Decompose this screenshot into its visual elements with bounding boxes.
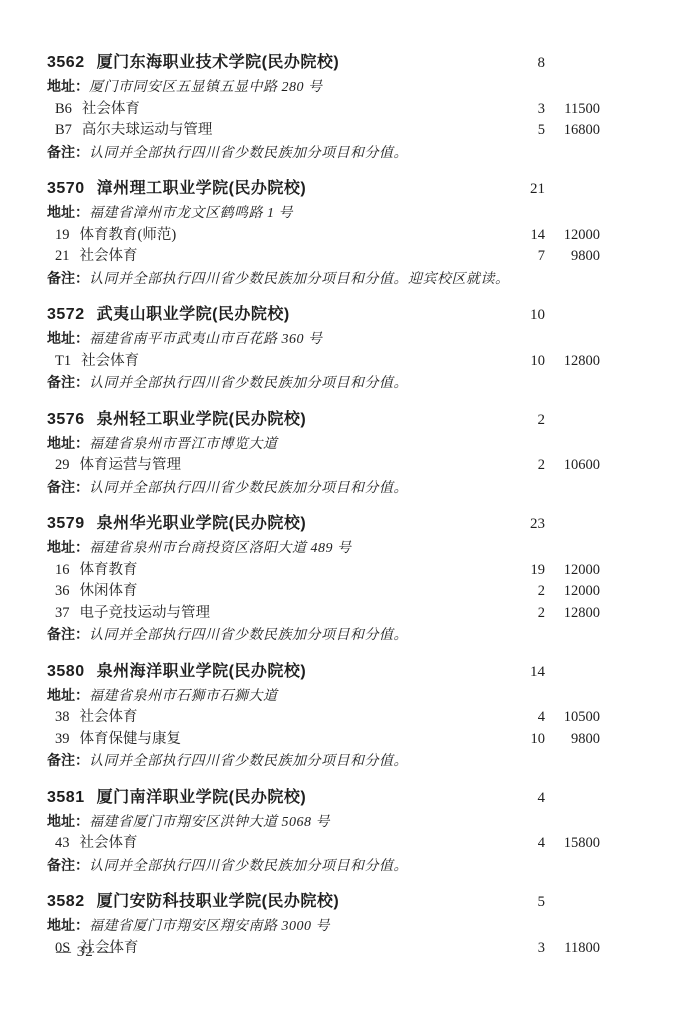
college-name: 武夷山职业学院(民办院校)	[97, 306, 290, 323]
address: 地址：福建省泉州市石狮市石狮大道	[47, 685, 600, 708]
major-fee: 11500	[545, 99, 600, 121]
major-plan-count: 2	[483, 603, 545, 625]
remark-row: 备注：认同并全部执行四川省少数民族加分项目和分值。	[47, 372, 600, 395]
remark-row: 备注：认同并全部执行四川省少数民族加分项目和分值。迎宾校区就读。	[47, 268, 600, 291]
college-title: 3572武夷山职业学院(民办院校)	[47, 302, 483, 327]
address-label: 地址：	[47, 330, 89, 346]
document-page: 3562厦门东海职业技术学院(民办院校) 8 地址：厦门市同安区五显镇五显中路 …	[0, 0, 690, 1012]
remark-row: 备注：认同并全部执行四川省少数民族加分项目和分值。	[47, 142, 600, 165]
major-name: 电子竞技运动与管理	[80, 605, 211, 621]
college-code: 3582	[47, 893, 85, 910]
college-title-row: 3580泉州海洋职业学院(民办院校) 14	[47, 659, 600, 685]
remark: 备注：认同并全部执行四川省少数民族加分项目和分值。	[47, 855, 600, 878]
major: 36休闲体育	[47, 581, 483, 603]
major-fee: 10500	[545, 707, 600, 729]
major-fee: 12000	[545, 581, 600, 603]
major-fee: 10600	[545, 455, 600, 477]
major-row: B6社会体育 3 11500	[47, 99, 600, 121]
remark-text: 认同并全部执行四川省少数民族加分项目和分值。	[89, 146, 408, 161]
college-title-row: 3582厦门安防科技职业学院(民办院校) 5	[47, 889, 600, 915]
remark: 备注：认同并全部执行四川省少数民族加分项目和分值。迎宾校区就读。	[47, 268, 600, 291]
college-title-row: 3579泉州华光职业学院(民办院校) 23	[47, 511, 600, 537]
remark-label: 备注：	[47, 626, 89, 642]
major: B6社会体育	[47, 99, 483, 121]
major-plan-count: 4	[483, 707, 545, 729]
major: 39体育保健与康复	[47, 729, 483, 751]
address-text: 福建省厦门市翔安区翔安南路 3000 号	[89, 919, 330, 934]
major: B7高尔夫球运动与管理	[47, 120, 483, 142]
remark-text: 认同并全部执行四川省少数民族加分项目和分值。	[89, 754, 408, 769]
college-name: 泉州华光职业学院(民办院校)	[97, 515, 307, 532]
remark-text: 认同并全部执行四川省少数民族加分项目和分值。	[89, 481, 408, 496]
major-name: 社会体育	[80, 835, 138, 851]
address-row: 地址：福建省泉州市晋江市博览大道	[47, 433, 600, 456]
major-code: 43	[55, 835, 70, 851]
remark-text: 认同并全部执行四川省少数民族加分项目和分值。	[89, 376, 408, 391]
college-total-plan: 23	[483, 512, 545, 537]
address-row: 地址：福建省厦门市翔安区洪钟大道 5068 号	[47, 811, 600, 834]
major-code: T1	[55, 353, 71, 369]
address-label: 地址：	[47, 539, 89, 555]
major: 37电子竞技运动与管理	[47, 603, 483, 625]
college-name: 漳州理工职业学院(民办院校)	[97, 180, 307, 197]
remark-text: 认同并全部执行四川省少数民族加分项目和分值。迎宾校区就读。	[89, 272, 510, 287]
major-plan-count: 3	[483, 99, 545, 121]
major-fee: 9800	[545, 729, 600, 751]
major-row: T1社会体育 10 12800	[47, 351, 600, 373]
college-total-plan: 4	[483, 786, 545, 811]
college-title: 3582厦门安防科技职业学院(民办院校)	[47, 889, 483, 914]
major-row: 36休闲体育 2 12000	[47, 581, 600, 603]
college-block: 3580泉州海洋职业学院(民办院校) 14 地址：福建省泉州市石狮市石狮大道 3…	[47, 659, 600, 773]
major-list: 43社会体育 4 15800	[47, 833, 600, 855]
major-list: 0S社会体育 3 11800	[47, 938, 600, 960]
major-list: 19体育教育(师范) 14 12000 21社会体育 7 9800	[47, 225, 600, 268]
major-list: B6社会体育 3 11500 B7高尔夫球运动与管理 5 16800	[47, 99, 600, 142]
remark: 备注：认同并全部执行四川省少数民族加分项目和分值。	[47, 142, 600, 165]
address-text: 福建省厦门市翔安区洪钟大道 5068 号	[89, 815, 330, 830]
college-block: 3582厦门安防科技职业学院(民办院校) 5 地址：福建省厦门市翔安区翔安南路 …	[47, 889, 600, 959]
remark: 备注：认同并全部执行四川省少数民族加分项目和分值。	[47, 624, 600, 647]
major-name: 社会体育	[82, 101, 140, 117]
major-plan-count: 2	[483, 581, 545, 603]
address: 地址：福建省厦门市翔安区翔安南路 3000 号	[47, 915, 600, 938]
address-text: 福建省泉州市台商投资区洛阳大道 489 号	[89, 541, 352, 556]
college-name: 厦门南洋职业学院(民办院校)	[97, 789, 307, 806]
major-name: 社会体育	[80, 248, 138, 264]
major-row: B7高尔夫球运动与管理 5 16800	[47, 120, 600, 142]
college-block: 3572武夷山职业学院(民办院校) 10 地址：福建省南平市武夷山市百花路 36…	[47, 302, 600, 395]
remark-row: 备注：认同并全部执行四川省少数民族加分项目和分值。	[47, 624, 600, 647]
page-number: — 32 —	[56, 944, 115, 961]
college-code: 3572	[47, 306, 85, 323]
remark-label: 备注：	[47, 752, 89, 768]
major-code: 29	[55, 457, 70, 473]
major-plan-count: 19	[483, 560, 545, 582]
major-fee: 12000	[545, 225, 600, 247]
address-text: 福建省泉州市晋江市博览大道	[89, 437, 278, 452]
major-list: 16体育教育 19 12000 36休闲体育 2 12000 37电子竞技运动与…	[47, 560, 600, 625]
major-row: 21社会体育 7 9800	[47, 246, 600, 268]
college-total-plan: 14	[483, 660, 545, 685]
college-block: 3576泉州轻工职业学院(民办院校) 2 地址：福建省泉州市晋江市博览大道 29…	[47, 407, 600, 500]
address-text: 福建省漳州市龙文区鹤鸣路 1 号	[89, 206, 293, 221]
college-total-plan: 21	[483, 177, 545, 202]
major-plan-count: 3	[483, 938, 545, 960]
major-code: 19	[55, 227, 70, 243]
college-title: 3562厦门东海职业技术学院(民办院校)	[47, 50, 483, 75]
college-code: 3570	[47, 180, 85, 197]
major-row: 29体育运营与管理 2 10600	[47, 455, 600, 477]
major-fee: 9800	[545, 246, 600, 268]
address-text: 福建省泉州市石狮市石狮大道	[89, 689, 278, 704]
major-fee: 15800	[545, 833, 600, 855]
address-row: 地址：福建省泉州市台商投资区洛阳大道 489 号	[47, 537, 600, 560]
address-row: 地址：福建省泉州市石狮市石狮大道	[47, 685, 600, 708]
address: 地址：福建省泉州市晋江市博览大道	[47, 433, 600, 456]
address-row: 地址：福建省南平市武夷山市百花路 360 号	[47, 328, 600, 351]
address-row: 地址：福建省漳州市龙文区鹤鸣路 1 号	[47, 202, 600, 225]
major: 29体育运营与管理	[47, 455, 483, 477]
major: 21社会体育	[47, 246, 483, 268]
major-plan-count: 7	[483, 246, 545, 268]
major-row: 19体育教育(师范) 14 12000	[47, 225, 600, 247]
address: 地址：福建省漳州市龙文区鹤鸣路 1 号	[47, 202, 600, 225]
address: 地址：福建省厦门市翔安区洪钟大道 5068 号	[47, 811, 600, 834]
remark-label: 备注：	[47, 479, 89, 495]
major-name: 体育教育	[80, 562, 138, 578]
major-fee: 11800	[545, 938, 600, 960]
major-name: 社会体育	[80, 709, 138, 725]
college-title: 3581厦门南洋职业学院(民办院校)	[47, 785, 483, 810]
college-total-plan: 8	[483, 51, 545, 76]
college-code: 3576	[47, 411, 85, 428]
remark-row: 备注：认同并全部执行四川省少数民族加分项目和分值。	[47, 855, 600, 878]
college-name: 厦门安防科技职业学院(民办院校)	[97, 893, 340, 910]
major: 16体育教育	[47, 560, 483, 582]
college-code: 3581	[47, 789, 85, 806]
college-title-row: 3576泉州轻工职业学院(民办院校) 2	[47, 407, 600, 433]
major-fee: 12800	[545, 603, 600, 625]
college-title-row: 3572武夷山职业学院(民办院校) 10	[47, 302, 600, 328]
major-code: 38	[55, 709, 70, 725]
remark: 备注：认同并全部执行四川省少数民族加分项目和分值。	[47, 477, 600, 500]
remark-text: 认同并全部执行四川省少数民族加分项目和分值。	[89, 628, 408, 643]
college-title: 3576泉州轻工职业学院(民办院校)	[47, 407, 483, 432]
major-plan-count: 2	[483, 455, 545, 477]
major-fee: 16800	[545, 120, 600, 142]
address-text: 福建省南平市武夷山市百花路 360 号	[89, 332, 323, 347]
major-row: 37电子竞技运动与管理 2 12800	[47, 603, 600, 625]
major-plan-count: 4	[483, 833, 545, 855]
college-code: 3580	[47, 663, 85, 680]
address-label: 地址：	[47, 204, 89, 220]
remark-label: 备注：	[47, 374, 89, 390]
major-plan-count: 10	[483, 729, 545, 751]
college-title: 3580泉州海洋职业学院(民办院校)	[47, 659, 483, 684]
address-label: 地址：	[47, 813, 89, 829]
college-block: 3581厦门南洋职业学院(民办院校) 4 地址：福建省厦门市翔安区洪钟大道 50…	[47, 785, 600, 878]
address: 地址：福建省南平市武夷山市百花路 360 号	[47, 328, 600, 351]
college-name: 泉州海洋职业学院(民办院校)	[97, 663, 307, 680]
major-list: 29体育运营与管理 2 10600	[47, 455, 600, 477]
remark-row: 备注：认同并全部执行四川省少数民族加分项目和分值。	[47, 750, 600, 773]
address-label: 地址：	[47, 687, 89, 703]
major-plan-count: 14	[483, 225, 545, 247]
remark-text: 认同并全部执行四川省少数民族加分项目和分值。	[89, 859, 408, 874]
major-name: 体育运营与管理	[80, 457, 182, 473]
college-total-plan: 10	[483, 303, 545, 328]
college-block: 3570漳州理工职业学院(民办院校) 21 地址：福建省漳州市龙文区鹤鸣路 1 …	[47, 176, 600, 290]
college-title-row: 3570漳州理工职业学院(民办院校) 21	[47, 176, 600, 202]
major: 19体育教育(师范)	[47, 225, 483, 247]
college-code: 3562	[47, 54, 85, 71]
college-block: 3562厦门东海职业技术学院(民办院校) 8 地址：厦门市同安区五显镇五显中路 …	[47, 50, 600, 164]
major-name: 休闲体育	[80, 583, 138, 599]
major-code: 36	[55, 583, 70, 599]
remark: 备注：认同并全部执行四川省少数民族加分项目和分值。	[47, 750, 600, 773]
college-block: 3579泉州华光职业学院(民办院校) 23 地址：福建省泉州市台商投资区洛阳大道…	[47, 511, 600, 647]
major-plan-count: 10	[483, 351, 545, 373]
college-list: 3562厦门东海职业技术学院(民办院校) 8 地址：厦门市同安区五显镇五显中路 …	[47, 50, 600, 959]
major: 38社会体育	[47, 707, 483, 729]
address-label: 地址：	[47, 917, 89, 933]
major-plan-count: 5	[483, 120, 545, 142]
major-name: 社会体育	[81, 353, 139, 369]
major-row: 16体育教育 19 12000	[47, 560, 600, 582]
major-list: 38社会体育 4 10500 39体育保健与康复 10 9800	[47, 707, 600, 750]
major-name: 体育保健与康复	[80, 731, 182, 747]
college-title-row: 3581厦门南洋职业学院(民办院校) 4	[47, 785, 600, 811]
major-row: 38社会体育 4 10500	[47, 707, 600, 729]
major-row: 0S社会体育 3 11800	[47, 938, 600, 960]
college-title-row: 3562厦门东海职业技术学院(民办院校) 8	[47, 50, 600, 76]
major-code: 21	[55, 248, 70, 264]
college-code: 3579	[47, 515, 85, 532]
college-name: 厦门东海职业技术学院(民办院校)	[97, 54, 340, 71]
address: 地址：福建省泉州市台商投资区洛阳大道 489 号	[47, 537, 600, 560]
major-row: 43社会体育 4 15800	[47, 833, 600, 855]
college-total-plan: 2	[483, 408, 545, 433]
major: T1社会体育	[47, 351, 483, 373]
major-list: T1社会体育 10 12800	[47, 351, 600, 373]
major-row: 39体育保健与康复 10 9800	[47, 729, 600, 751]
address: 地址：厦门市同安区五显镇五显中路 280 号	[47, 76, 600, 99]
major-code: 39	[55, 731, 70, 747]
major-fee: 12000	[545, 560, 600, 582]
college-total-plan: 5	[483, 890, 545, 915]
major-name: 体育教育(师范)	[80, 227, 177, 243]
college-title: 3570漳州理工职业学院(民办院校)	[47, 176, 483, 201]
address-row: 地址：厦门市同安区五显镇五显中路 280 号	[47, 76, 600, 99]
major-code: 37	[55, 605, 70, 621]
remark-label: 备注：	[47, 144, 89, 160]
major-name: 高尔夫球运动与管理	[82, 122, 213, 138]
major-code: 16	[55, 562, 70, 578]
major: 43社会体育	[47, 833, 483, 855]
address-text: 厦门市同安区五显镇五显中路 280 号	[89, 80, 323, 95]
address-label: 地址：	[47, 435, 89, 451]
major-code: B7	[55, 122, 72, 138]
remark: 备注：认同并全部执行四川省少数民族加分项目和分值。	[47, 372, 600, 395]
college-title: 3579泉州华光职业学院(民办院校)	[47, 511, 483, 536]
remark-label: 备注：	[47, 270, 89, 286]
address-label: 地址：	[47, 78, 89, 94]
major-code: B6	[55, 101, 72, 117]
remark-label: 备注：	[47, 857, 89, 873]
remark-row: 备注：认同并全部执行四川省少数民族加分项目和分值。	[47, 477, 600, 500]
address-row: 地址：福建省厦门市翔安区翔安南路 3000 号	[47, 915, 600, 938]
major-fee: 12800	[545, 351, 600, 373]
college-name: 泉州轻工职业学院(民办院校)	[97, 411, 307, 428]
